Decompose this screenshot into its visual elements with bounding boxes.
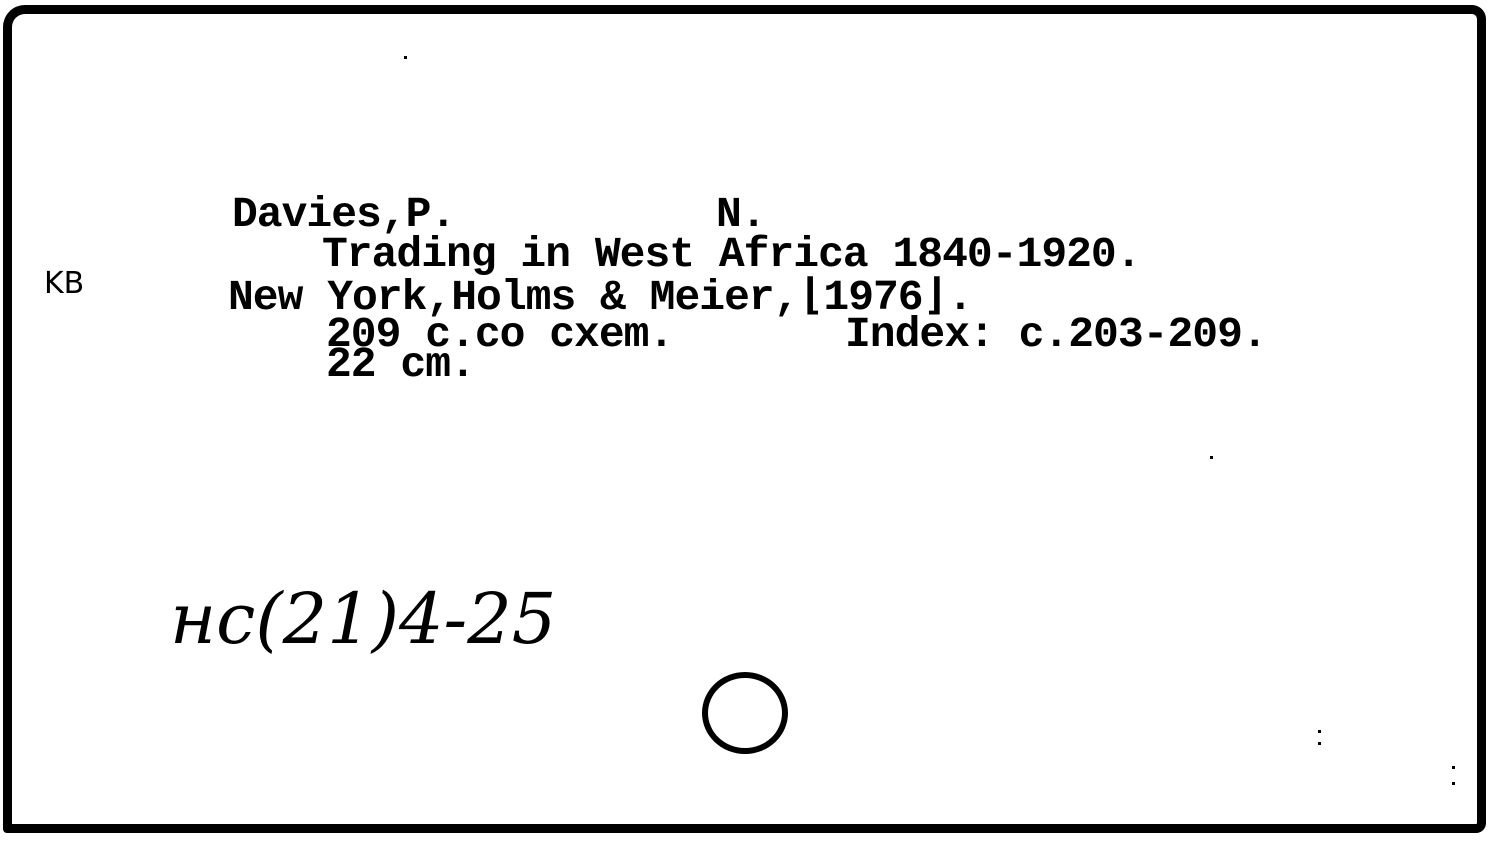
speck	[1452, 766, 1455, 769]
speck	[1452, 782, 1455, 785]
handwritten-call-number: нс(21)4-25	[170, 578, 556, 660]
index-note: Index: c.203-209.	[845, 313, 1267, 356]
speck	[404, 56, 407, 59]
physical-size: 22 cm.	[326, 343, 475, 386]
margin-mark: KB	[44, 266, 84, 301]
speck	[1318, 742, 1321, 745]
book-title: Trading in West Africa 1840-1920.	[322, 233, 1141, 276]
speck	[1318, 730, 1321, 733]
speck	[1210, 456, 1213, 459]
punch-hole	[702, 672, 788, 754]
